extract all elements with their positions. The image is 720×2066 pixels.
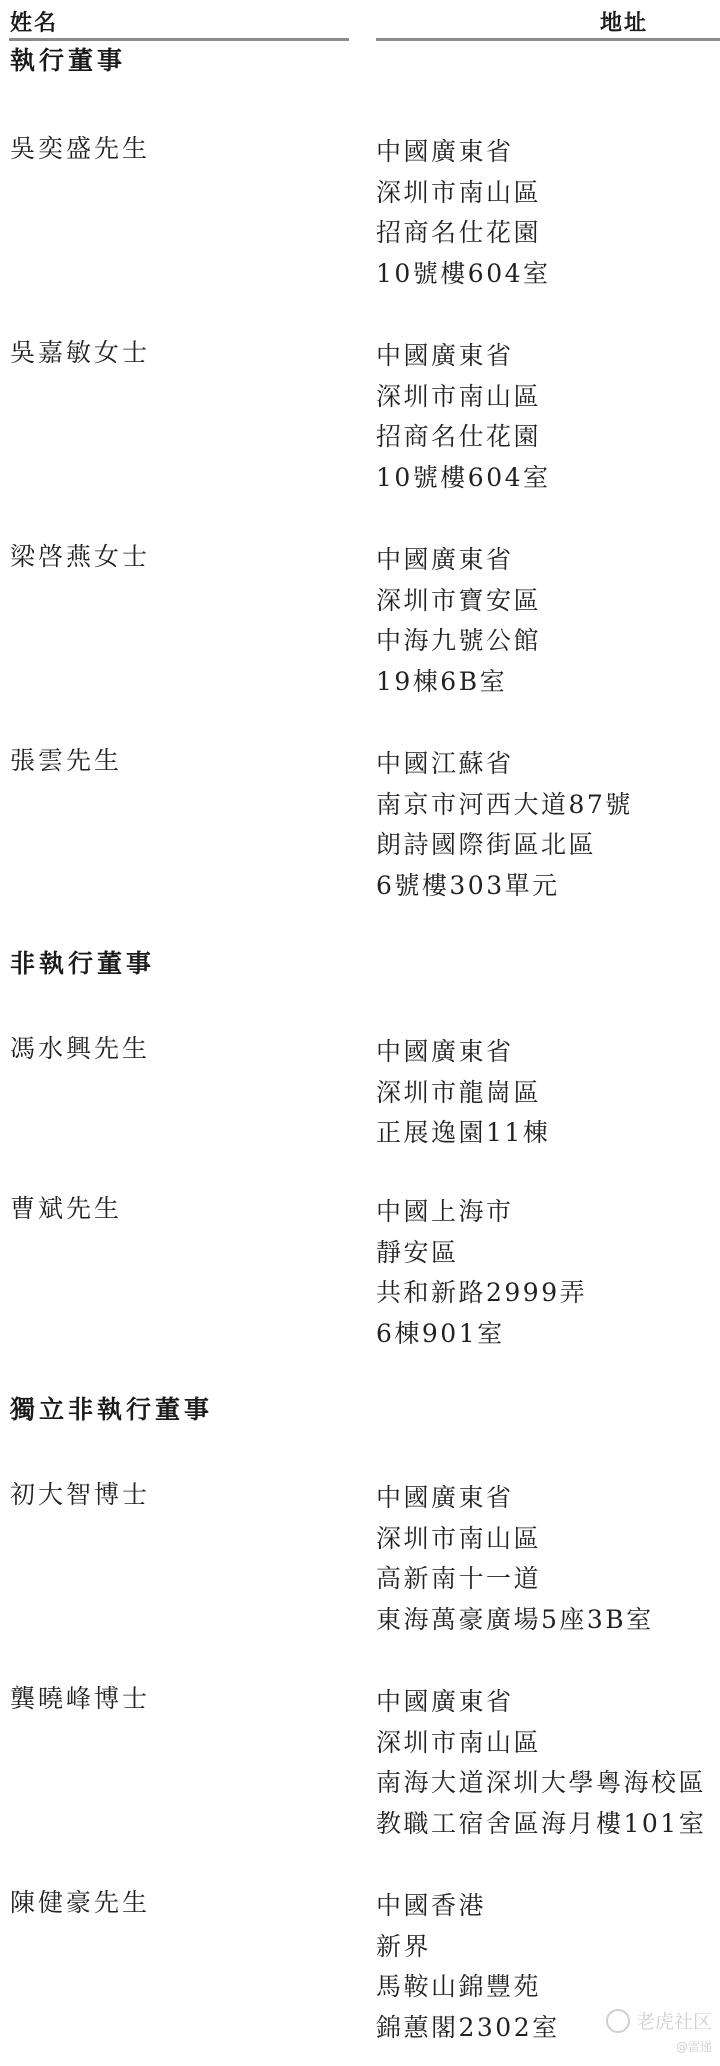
header-rule-left — [9, 38, 349, 41]
address-line: 新界 — [376, 1927, 560, 1968]
header-address-column: 地址 — [600, 6, 648, 37]
director-address: 中國廣東省深圳市寶安區中海九號公館19棟6B室 — [376, 540, 541, 702]
address-line: 10號樓604室 — [376, 254, 551, 295]
address-line: 教職工宿舍區海月樓101室 — [376, 1804, 706, 1845]
address-line: 中國廣東省 — [376, 132, 551, 173]
address-line: 馬鞍山錦豐苑 — [376, 1967, 560, 2008]
address-line: 深圳市南山區 — [376, 1723, 706, 1764]
address-line: 正展逸園11棟 — [376, 1113, 550, 1154]
address-line: 深圳市寶安區 — [376, 581, 541, 622]
watermark-brand: 老虎社区 — [636, 2007, 712, 2034]
director-address: 中國香港新界馬鞍山錦豐苑錦蕙閣2302室 — [376, 1886, 560, 2048]
director-name: 張雲先生 — [10, 744, 122, 778]
address-line: 深圳市南山區 — [376, 1519, 654, 1560]
address-line: 高新南十一道 — [376, 1559, 654, 1600]
address-line: 深圳市南山區 — [376, 173, 551, 214]
address-line: 深圳市南山區 — [376, 377, 551, 418]
address-line: 中國上海市 — [376, 1192, 587, 1233]
director-address: 中國上海市靜安區共和新路2999弄6棟901室 — [376, 1192, 587, 1354]
address-line: 靜安區 — [376, 1233, 587, 1274]
address-line: 東海萬豪廣場5座3B室 — [376, 1600, 654, 1641]
address-line: 中國廣東省 — [376, 1682, 706, 1723]
address-line: 招商名仕花園 — [376, 417, 551, 458]
director-address: 中國廣東省深圳市南山區高新南十一道東海萬豪廣場5座3B室 — [376, 1478, 654, 1640]
director-name: 陳健豪先生 — [10, 1886, 150, 1920]
director-name: 曹斌先生 — [10, 1192, 122, 1226]
address-line: 中國香港 — [376, 1886, 560, 1927]
director-address: 中國廣東省深圳市龍崗區正展逸園11棟 — [376, 1032, 550, 1154]
director-name: 初大智博士 — [10, 1478, 150, 1512]
address-line: 19棟6B室 — [376, 662, 541, 703]
director-address: 中國廣東省深圳市南山區南海大道深圳大學粵海校區教職工宿舍區海月樓101室 — [376, 1682, 706, 1844]
address-line: 南京市河西大道87號 — [376, 785, 633, 826]
director-name: 梁啓燕女士 — [10, 540, 150, 574]
address-line: 南海大道深圳大學粵海校區 — [376, 1763, 706, 1804]
address-line: 中國江蘇省 — [376, 744, 633, 785]
watermark: 老虎社区 @雷递 — [606, 2007, 712, 2055]
director-address: 中國廣東省深圳市南山區招商名仕花園10號樓604室 — [376, 132, 551, 294]
address-line: 朗詩國際街區北區 — [376, 825, 633, 866]
address-line: 10號樓604室 — [376, 458, 551, 499]
address-line: 6棟901室 — [376, 1314, 587, 1355]
address-line: 招商名仕花園 — [376, 213, 551, 254]
header-name-column: 姓名 — [10, 6, 58, 37]
director-address: 中國廣東省深圳市南山區招商名仕花園10號樓604室 — [376, 336, 551, 498]
tiger-logo-icon — [606, 2009, 630, 2033]
director-name: 龔曉峰博士 — [10, 1682, 150, 1716]
director-name: 吳嘉敏女士 — [10, 336, 150, 370]
watermark-author: @雷递 — [606, 2038, 712, 2055]
director-address: 中國江蘇省南京市河西大道87號朗詩國際街區北區6號樓303單元 — [376, 744, 633, 906]
address-line: 中國廣東省 — [376, 1478, 654, 1519]
address-line: 共和新路2999弄 — [376, 1273, 587, 1314]
section-title: 非執行董事 — [10, 947, 155, 981]
address-line: 中國廣東省 — [376, 540, 541, 581]
address-line: 6號樓303單元 — [376, 866, 633, 907]
address-line: 中國廣東省 — [376, 336, 551, 377]
section-title: 獨立非執行董事 — [10, 1393, 213, 1427]
director-name: 馮水興先生 — [10, 1032, 150, 1066]
section-title: 執行董事 — [10, 44, 126, 78]
director-name: 吳奕盛先生 — [10, 132, 150, 166]
header-rule-right — [376, 38, 720, 41]
address-line: 中海九號公館 — [376, 621, 541, 662]
address-line: 錦蕙閣2302室 — [376, 2008, 560, 2049]
address-line: 深圳市龍崗區 — [376, 1073, 550, 1114]
address-line: 中國廣東省 — [376, 1032, 550, 1073]
